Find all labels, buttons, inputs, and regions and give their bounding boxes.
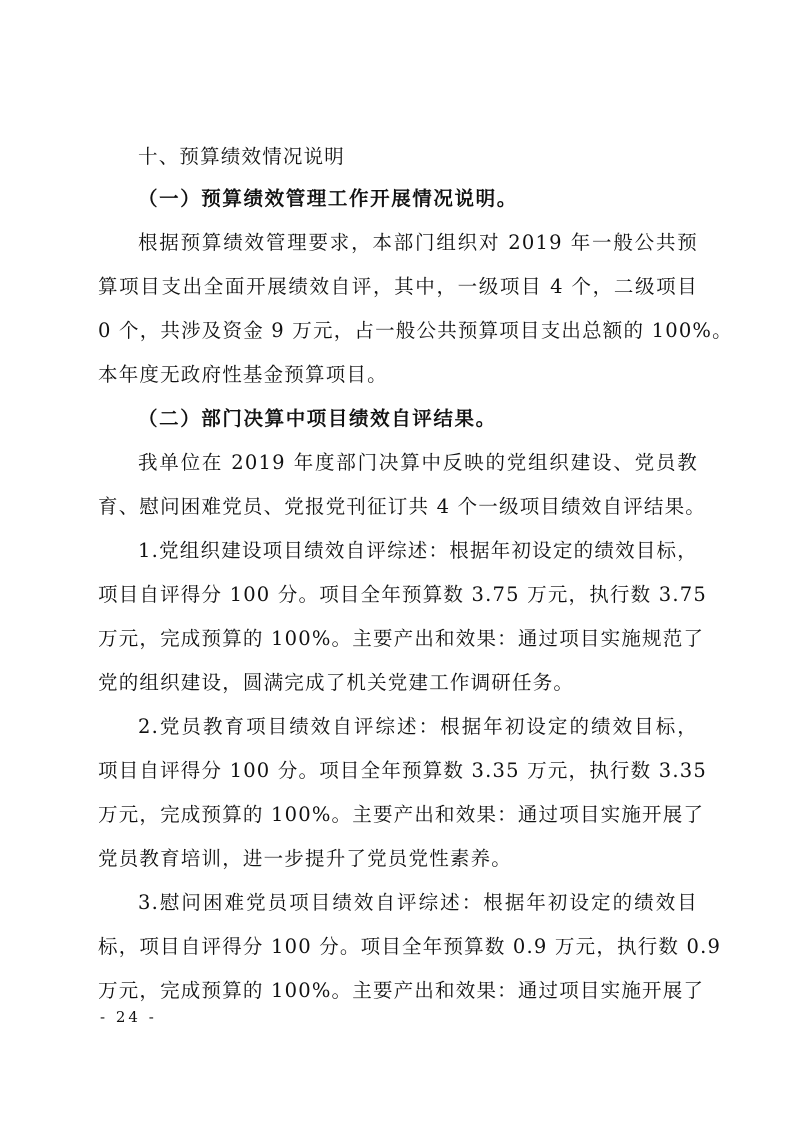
paragraph-line: 项目自评得分 100 分。项目全年预算数 3.35 万元，执行数 3.35 [98, 761, 698, 781]
paragraph-line: 根据预算绩效管理要求，本部门组织对 2019 年一般公共预 [138, 233, 698, 253]
subsection-heading-1: （一）预算绩效管理工作开展情况说明。 [138, 189, 698, 209]
paragraph-line: 0 个，共涉及资金 9 万元，占一般公共预算项目支出总额的 100%。 [98, 321, 698, 341]
paragraph-line: 2.党员教育项目绩效自评综述：根据年初设定的绩效目标， [138, 717, 698, 737]
paragraph-line: 本年度无政府性基金预算项目。 [98, 365, 698, 385]
page-number: - 24 - [100, 1008, 157, 1026]
paragraph-line: 万元，完成预算的 100%。主要产出和效果：通过项目实施开展了 [98, 981, 698, 1001]
paragraph-line: 我单位在 2019 年度部门决算中反映的党组织建设、党员教 [138, 453, 698, 473]
paragraph-line: 算项目支出全面开展绩效自评，其中，一级项目 4 个，二级项目 [98, 277, 698, 297]
section-title: 十、预算绩效情况说明 [138, 147, 698, 167]
paragraph-line: 育、慰问困难党员、党报党刊征订共 4 个一级项目绩效自评结果。 [98, 497, 698, 517]
paragraph-line: 项目自评得分 100 分。项目全年预算数 3.75 万元，执行数 3.75 [98, 585, 698, 605]
paragraph-line: 党的组织建设，圆满完成了机关党建工作调研任务。 [98, 673, 698, 693]
paragraph-line: 党员教育培训，进一步提升了党员党性素养。 [98, 849, 698, 869]
paragraph-line: 万元，完成预算的 100%。主要产出和效果：通过项目实施规范了 [98, 629, 698, 649]
subsection-heading-2: （二）部门决算中项目绩效自评结果。 [138, 409, 698, 429]
paragraph-line: 标，项目自评得分 100 分。项目全年预算数 0.9 万元，执行数 0.9 [98, 937, 698, 957]
paragraph-line: 3.慰问困难党员项目绩效自评综述：根据年初设定的绩效目 [138, 893, 698, 913]
paragraph-line: 万元，完成预算的 100%。主要产出和效果：通过项目实施开展了 [98, 805, 698, 825]
paragraph-line: 1.党组织建设项目绩效自评综述：根据年初设定的绩效目标， [138, 541, 698, 561]
